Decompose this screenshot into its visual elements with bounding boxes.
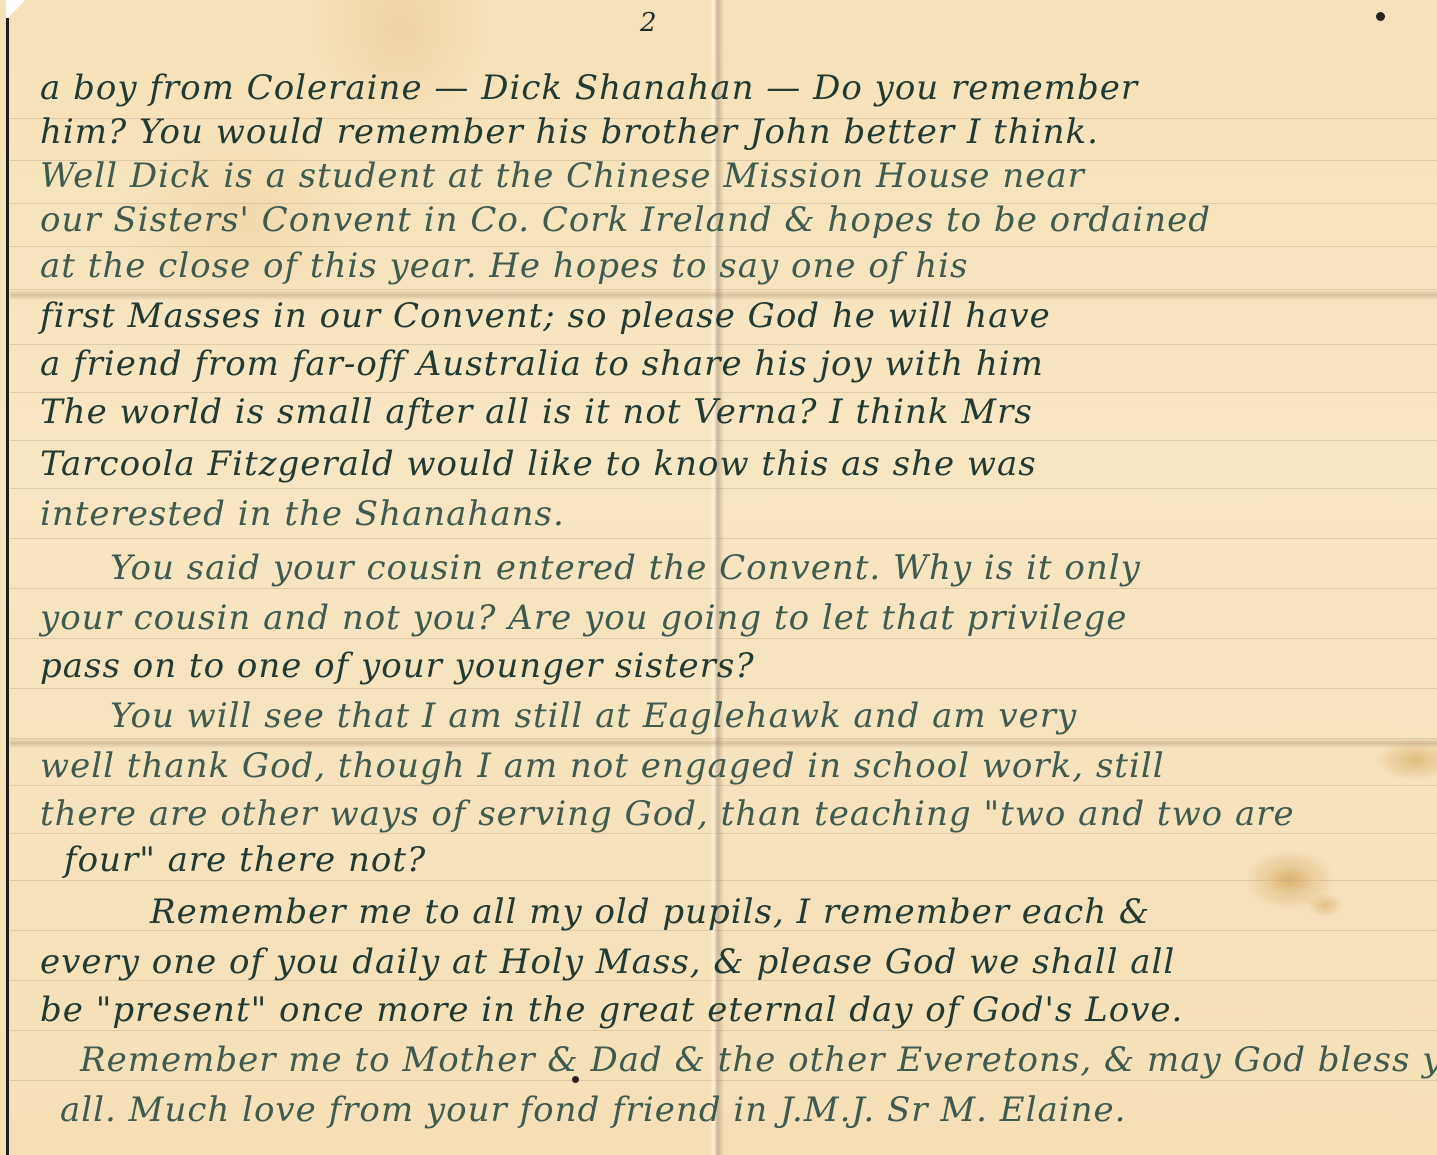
letter-line: Well Dick is a student at the Chinese Mi… bbox=[40, 156, 1085, 196]
letter-line: a boy from Coleraine — Dick Shanahan — D… bbox=[40, 68, 1138, 108]
letter-page: 2 a boy from Coleraine — Dick Shanahan —… bbox=[0, 0, 1437, 1155]
letter-line: him? You would remember his brother John… bbox=[40, 112, 1099, 152]
letter-line: every one of you daily at Holy Mass, & p… bbox=[40, 942, 1175, 982]
page-edge bbox=[6, 18, 9, 1155]
letter-line: Tarcoola Fitzgerald would like to know t… bbox=[40, 444, 1037, 484]
letter-line: pass on to one of your younger sisters? bbox=[40, 646, 755, 686]
letter-line: a friend from far-off Australia to share… bbox=[40, 344, 1044, 384]
letter-line: there are other ways of serving God, tha… bbox=[40, 794, 1295, 834]
letter-line: interested in the Shanahans. bbox=[40, 494, 565, 534]
letter-line: Remember me to Mother & Dad & the other … bbox=[80, 1040, 1437, 1080]
letter-line: well thank God, though I am not engaged … bbox=[40, 746, 1165, 786]
letter-line: Remember me to all my old pupils, I reme… bbox=[150, 892, 1150, 932]
page-number: 2 bbox=[640, 8, 657, 38]
letter-signature-line: all. Much love from your fond friend in … bbox=[60, 1090, 1126, 1130]
letter-line: first Masses in our Convent; so please G… bbox=[40, 296, 1051, 336]
letter-line: The world is small after all is it not V… bbox=[40, 392, 1033, 432]
ink-spot bbox=[1376, 12, 1385, 21]
letter-line: You said your cousin entered the Convent… bbox=[110, 548, 1141, 588]
letter-line: You will see that I am still at Eaglehaw… bbox=[110, 696, 1077, 736]
letter-line: your cousin and not you? Are you going t… bbox=[40, 598, 1128, 638]
letter-line: four" are there not? bbox=[64, 840, 426, 880]
letter-line: be "present" once more in the great eter… bbox=[40, 990, 1183, 1030]
letter-line: our Sisters' Convent in Co. Cork Ireland… bbox=[40, 200, 1211, 240]
letter-line: at the close of this year. He hopes to s… bbox=[40, 246, 968, 286]
